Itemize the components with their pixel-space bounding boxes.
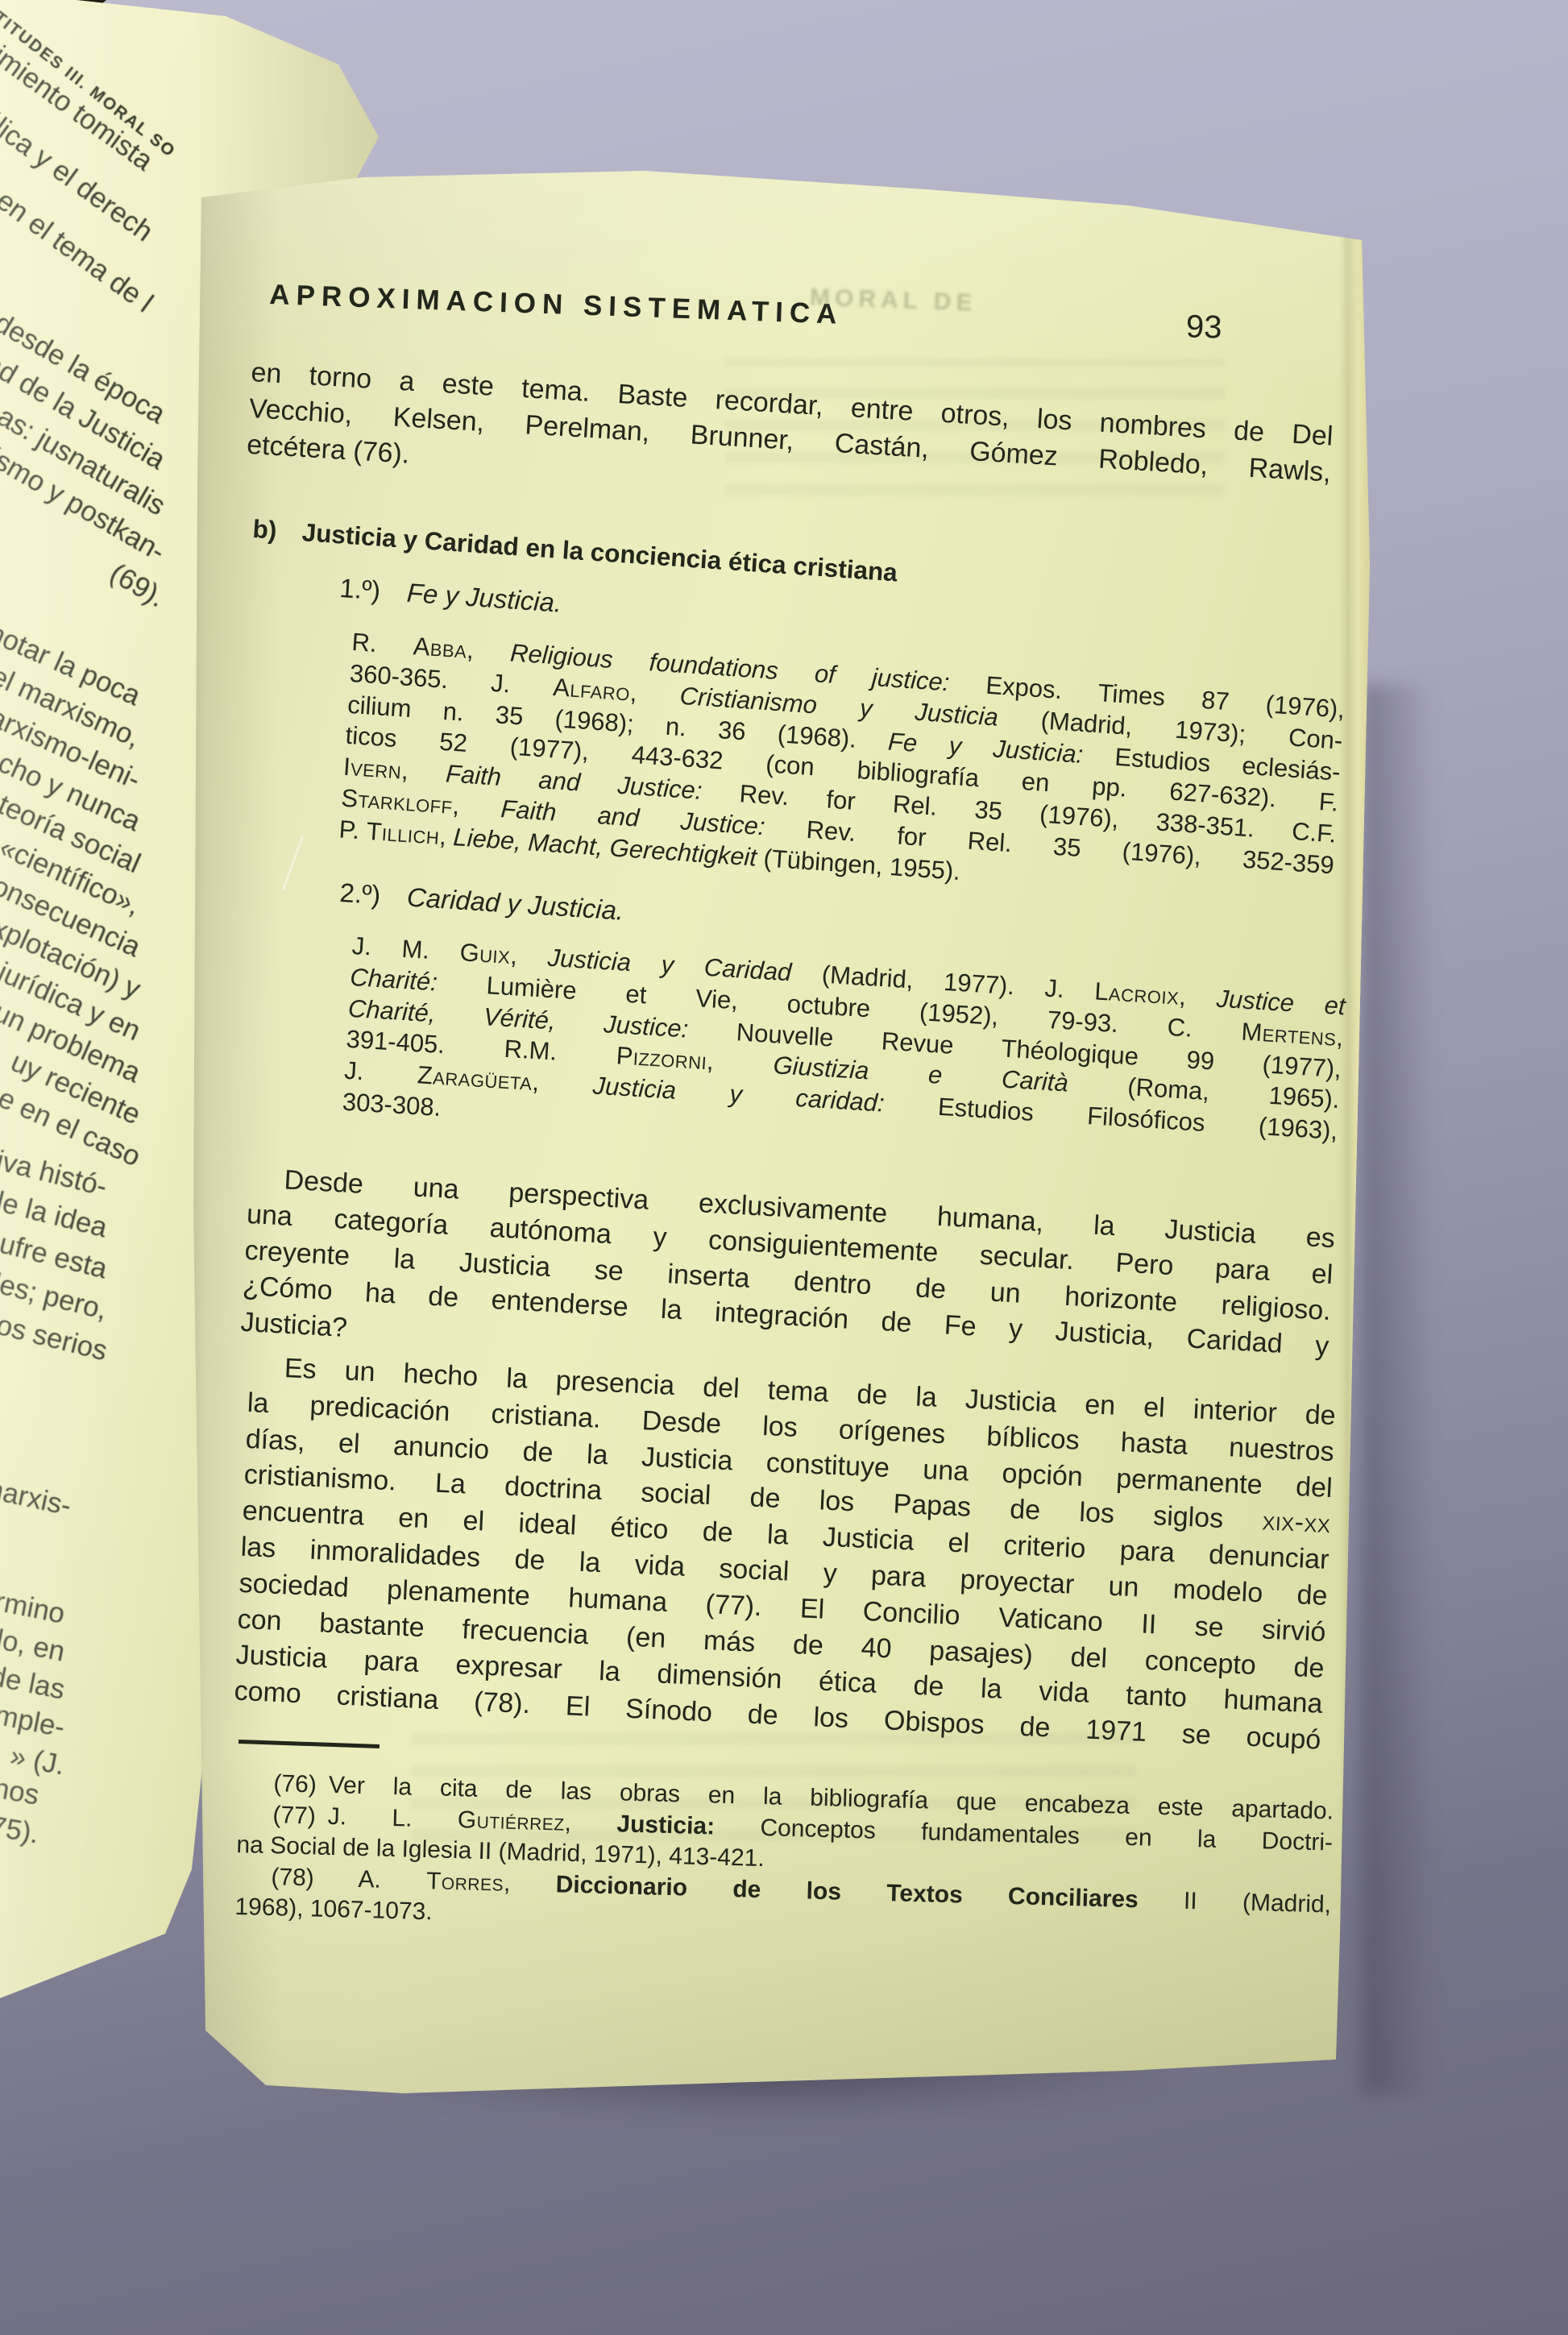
book-page: APROXIMACION SISTEMATICA MORAL DE 93 en … [169,153,1386,2111]
body-paragraph: Es un hecho la presencia del tema de la … [234,1349,1337,1759]
page-number: 93 [1185,310,1222,343]
bleed-through-text: MORAL DE [810,285,977,315]
page-edge-shadow [1362,685,1434,2095]
book-photo: TITUDES III. MORAL SO nacimiento tomista… [0,0,1568,2335]
footnotes: (76) Ver la cita de las obras en la bibl… [234,1768,1334,1952]
